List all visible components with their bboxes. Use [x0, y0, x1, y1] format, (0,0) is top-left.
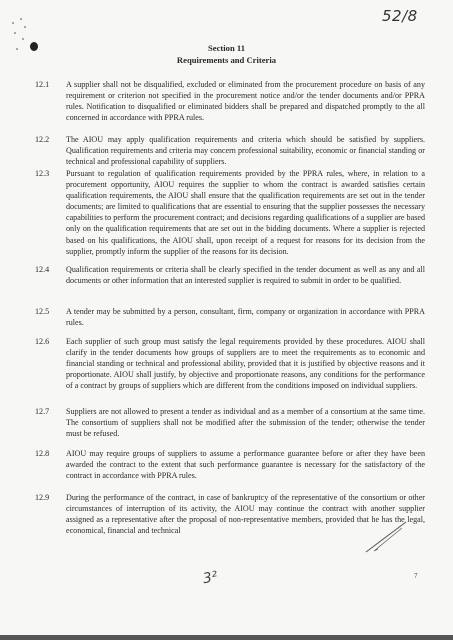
clause-text: AIOU may require groups of suppliers to … [66, 448, 425, 481]
clause-text: Qualification requirements or criteria s… [66, 264, 425, 286]
clause-number: 12.7 [35, 406, 59, 417]
handwritten-reference: 52/8 [382, 7, 418, 25]
scan-bottom-edge [0, 635, 453, 640]
clause-12-8: 12.8 AIOU may require groups of supplier… [35, 448, 425, 481]
clause-text: Pursuant to regulation of qualification … [66, 168, 425, 257]
clause-text: Each supplier of such group must satisfy… [66, 336, 425, 391]
clause-text: Suppliers are not allowed to present a t… [66, 406, 425, 439]
clause-number: 12.6 [35, 336, 59, 347]
clause-12-2: 12.2 The AIOU may apply qualification re… [35, 134, 425, 167]
clause-number: 12.4 [35, 264, 59, 275]
clause-12-4: 12.4 Qualification requirements or crite… [35, 264, 425, 286]
clause-number: 12.9 [35, 492, 59, 503]
clause-12-3: 12.3 Pursuant to regulation of qualifica… [35, 168, 425, 257]
pen-stroke-mark [360, 518, 410, 556]
clause-12-6: 12.6 Each supplier of such group must sa… [35, 336, 425, 391]
section-title: Section 11 [0, 43, 453, 53]
clause-12-5: 12.5 A tender may be submitted by a pers… [35, 306, 425, 328]
clause-number: 12.3 [35, 168, 59, 179]
handwritten-initials: 3² [202, 569, 219, 587]
clause-number: 12.5 [35, 306, 59, 317]
page-number: 7 [414, 572, 418, 580]
clause-12-1: 12.1 A supplier shall not be disqualifie… [35, 79, 425, 123]
clause-text: A supplier shall not be disqualified, ex… [66, 79, 425, 123]
document-page: 52/8 Section 11 Requirements and Criteri… [0, 0, 453, 640]
section-subtitle: Requirements and Criteria [0, 55, 453, 65]
clause-12-7: 12.7 Suppliers are not allowed to presen… [35, 406, 425, 439]
clause-text: A tender may be submitted by a person, c… [66, 306, 425, 328]
clause-number: 12.8 [35, 448, 59, 459]
clause-text: The AIOU may apply qualification require… [66, 134, 425, 167]
clause-number: 12.2 [35, 134, 59, 145]
clause-number: 12.1 [35, 79, 59, 90]
